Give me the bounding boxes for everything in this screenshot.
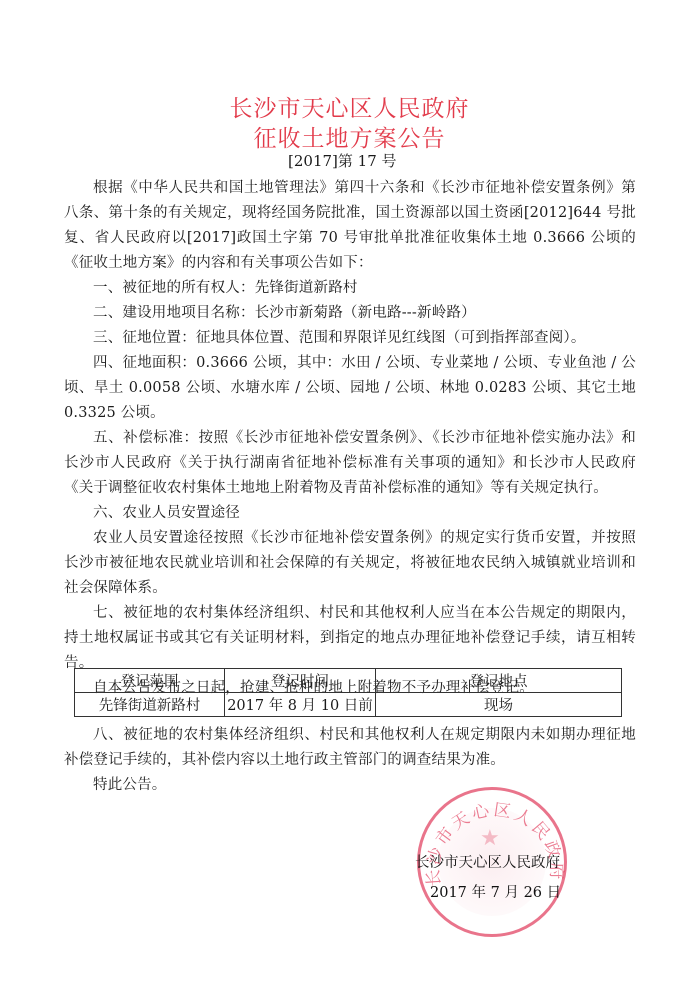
registration-table: 登记范围 登记时间 登记地点 先锋街道新路村 2017 年 8 月 10 日前 … — [74, 668, 622, 717]
item-project-name: 二、建设用地项目名称：长沙市新菊路（新电路---新岭路） — [64, 301, 636, 326]
item-registration: 七、被征地的农村集体经济组织、村民和其他权利人应当在本公告规定的期限内，持土地权… — [64, 601, 636, 676]
document-title-line1: 长沙市天心区人民政府 — [0, 90, 699, 123]
table-header-row: 登记范围 登记时间 登记地点 — [75, 669, 622, 693]
table-cell: 现场 — [376, 693, 622, 717]
document-title-line2: 征收土地方案公告 — [0, 120, 699, 153]
table-header-cell: 登记范围 — [75, 669, 225, 693]
table-header-cell: 登记地点 — [376, 669, 622, 693]
svg-text:长沙市天心区人民政府: 长沙市天心区人民政府 — [423, 800, 566, 887]
table-cell: 先锋街道新路村 — [75, 693, 225, 717]
item-resettlement-detail: 农业人员安置途径按照《长沙市征地补偿安置条例》的规定实行货币安置，并按照长沙市被… — [64, 526, 636, 601]
item-resettlement-heading: 六、农业人员安置途径 — [64, 501, 636, 526]
issue-date: 2017 年 7 月 26 日 — [430, 881, 561, 902]
table-header-cell: 登记时间 — [225, 669, 376, 693]
item-location: 三、征地位置：征地具体位置、范围和界限详见红线图（可到指挥部查阅）。 — [64, 326, 636, 351]
issuer-name: 长沙市天心区人民政府 — [415, 851, 560, 872]
item-compensation-standard: 五、补偿标准：按照《长沙市征地补偿安置条例》、《长沙市征地补偿实施办法》和长沙市… — [64, 426, 636, 501]
item-late-registration: 八、被征地的农村集体经济组织、村民和其他权利人在规定期限内未如期办理征地补偿登记… — [64, 723, 636, 773]
item-area: 四、征地面积：0.3666 公顷，其中：水田 / 公顷、专业菜地 / 公顷、专业… — [64, 351, 636, 426]
item-owner: 一、被征地的所有权人：先锋街道新路村 — [64, 276, 636, 301]
table-row: 先锋街道新路村 2017 年 8 月 10 日前 现场 — [75, 693, 622, 717]
closing-section: 八、被征地的农村集体经济组织、村民和其他权利人在规定期限内未如期办理征地补偿登记… — [64, 723, 636, 798]
table-cell: 2017 年 8 月 10 日前 — [225, 693, 376, 717]
document-number: [2017]第 17 号 — [288, 150, 397, 171]
announcement-body: 根据《中华人民共和国土地管理法》第四十六条和《长沙市征地补偿安置条例》第八条、第… — [64, 176, 636, 701]
intro-paragraph: 根据《中华人民共和国土地管理法》第四十六条和《长沙市征地补偿安置条例》第八条、第… — [64, 176, 636, 276]
